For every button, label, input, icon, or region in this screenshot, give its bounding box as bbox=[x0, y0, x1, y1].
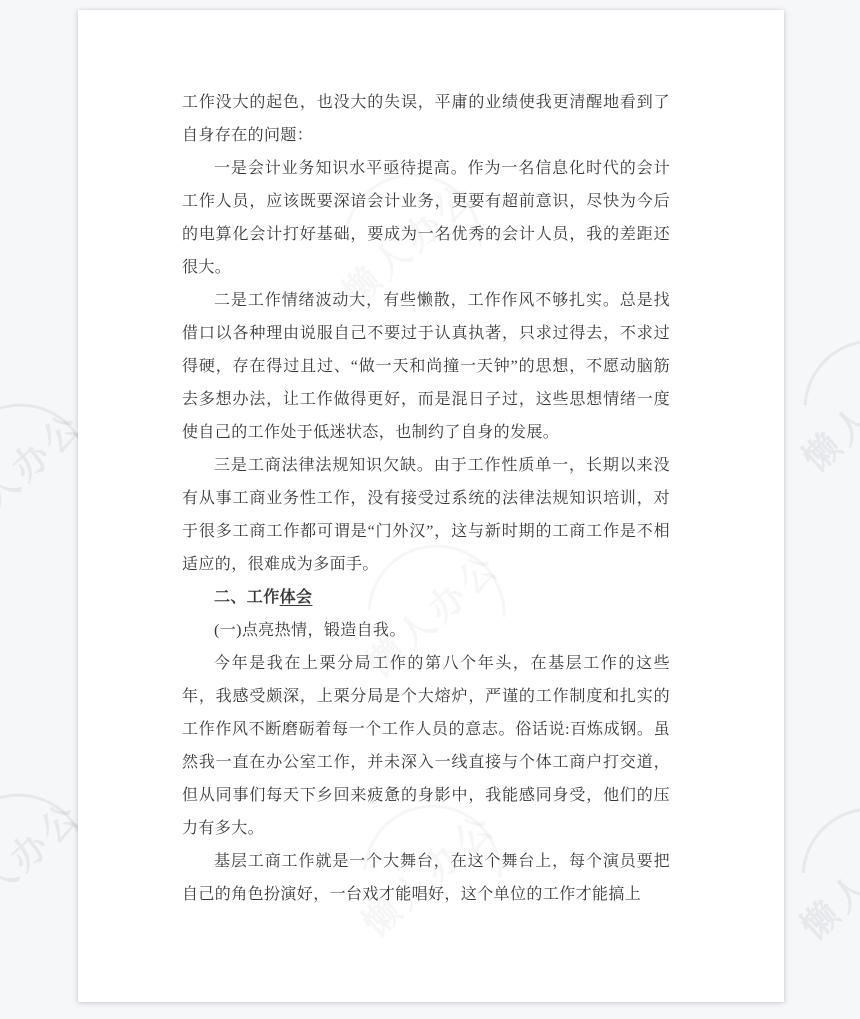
watermark: 懒人办公 bbox=[788, 802, 860, 950]
paragraph-experience-2: 基层工商工作就是一个大舞台，在这个舞台上，每个演员要把自己的角色扮演好，一台戏才… bbox=[182, 845, 670, 911]
section-heading: 二、工作体会 bbox=[182, 581, 670, 614]
paragraph-problem-2: 二是工作情绪波动大，有些懒散，工作作风不够扎实。总是找借口以各种理由说服自己不要… bbox=[182, 284, 670, 449]
paragraph-problem-1: 一是会计业务知识水平亟待提高。作为一名信息化时代的会计工作人员，应该既要深谙会计… bbox=[182, 152, 670, 284]
paragraph-continuation: 工作没大的起色，也没大的失误，平庸的业绩使我更清醒地看到了自身存在的问题： bbox=[182, 86, 670, 152]
watermark: 懒人办公 bbox=[790, 334, 860, 482]
paragraph-problem-3: 三是工商法律法规知识欠缺。由于工作性质单一，长期以来没有从事工商业务性工作，没有… bbox=[182, 449, 670, 581]
section-heading-underlined-text: 体会 bbox=[280, 589, 313, 606]
document-page: 工作没大的起色，也没大的失误，平庸的业绩使我更清醒地看到了自身存在的问题： 一是… bbox=[78, 10, 784, 1002]
subsection-heading: (一)点亮热情，锻造自我。 bbox=[182, 614, 670, 647]
app-canvas: 懒人办公 懒人办公 懒人办公 懒人办公 工作没大的起色，也没大的失误，平庸的业绩… bbox=[0, 0, 860, 1019]
section-heading-text: 二、工作 bbox=[214, 589, 280, 606]
paragraph-experience-1: 今年是我在上栗分局工作的第八个年头，在基层工作的这些年，我感受颇深，上栗分局是个… bbox=[182, 647, 670, 845]
document-content: 工作没大的起色，也没大的失误，平庸的业绩使我更清醒地看到了自身存在的问题： 一是… bbox=[182, 86, 670, 911]
